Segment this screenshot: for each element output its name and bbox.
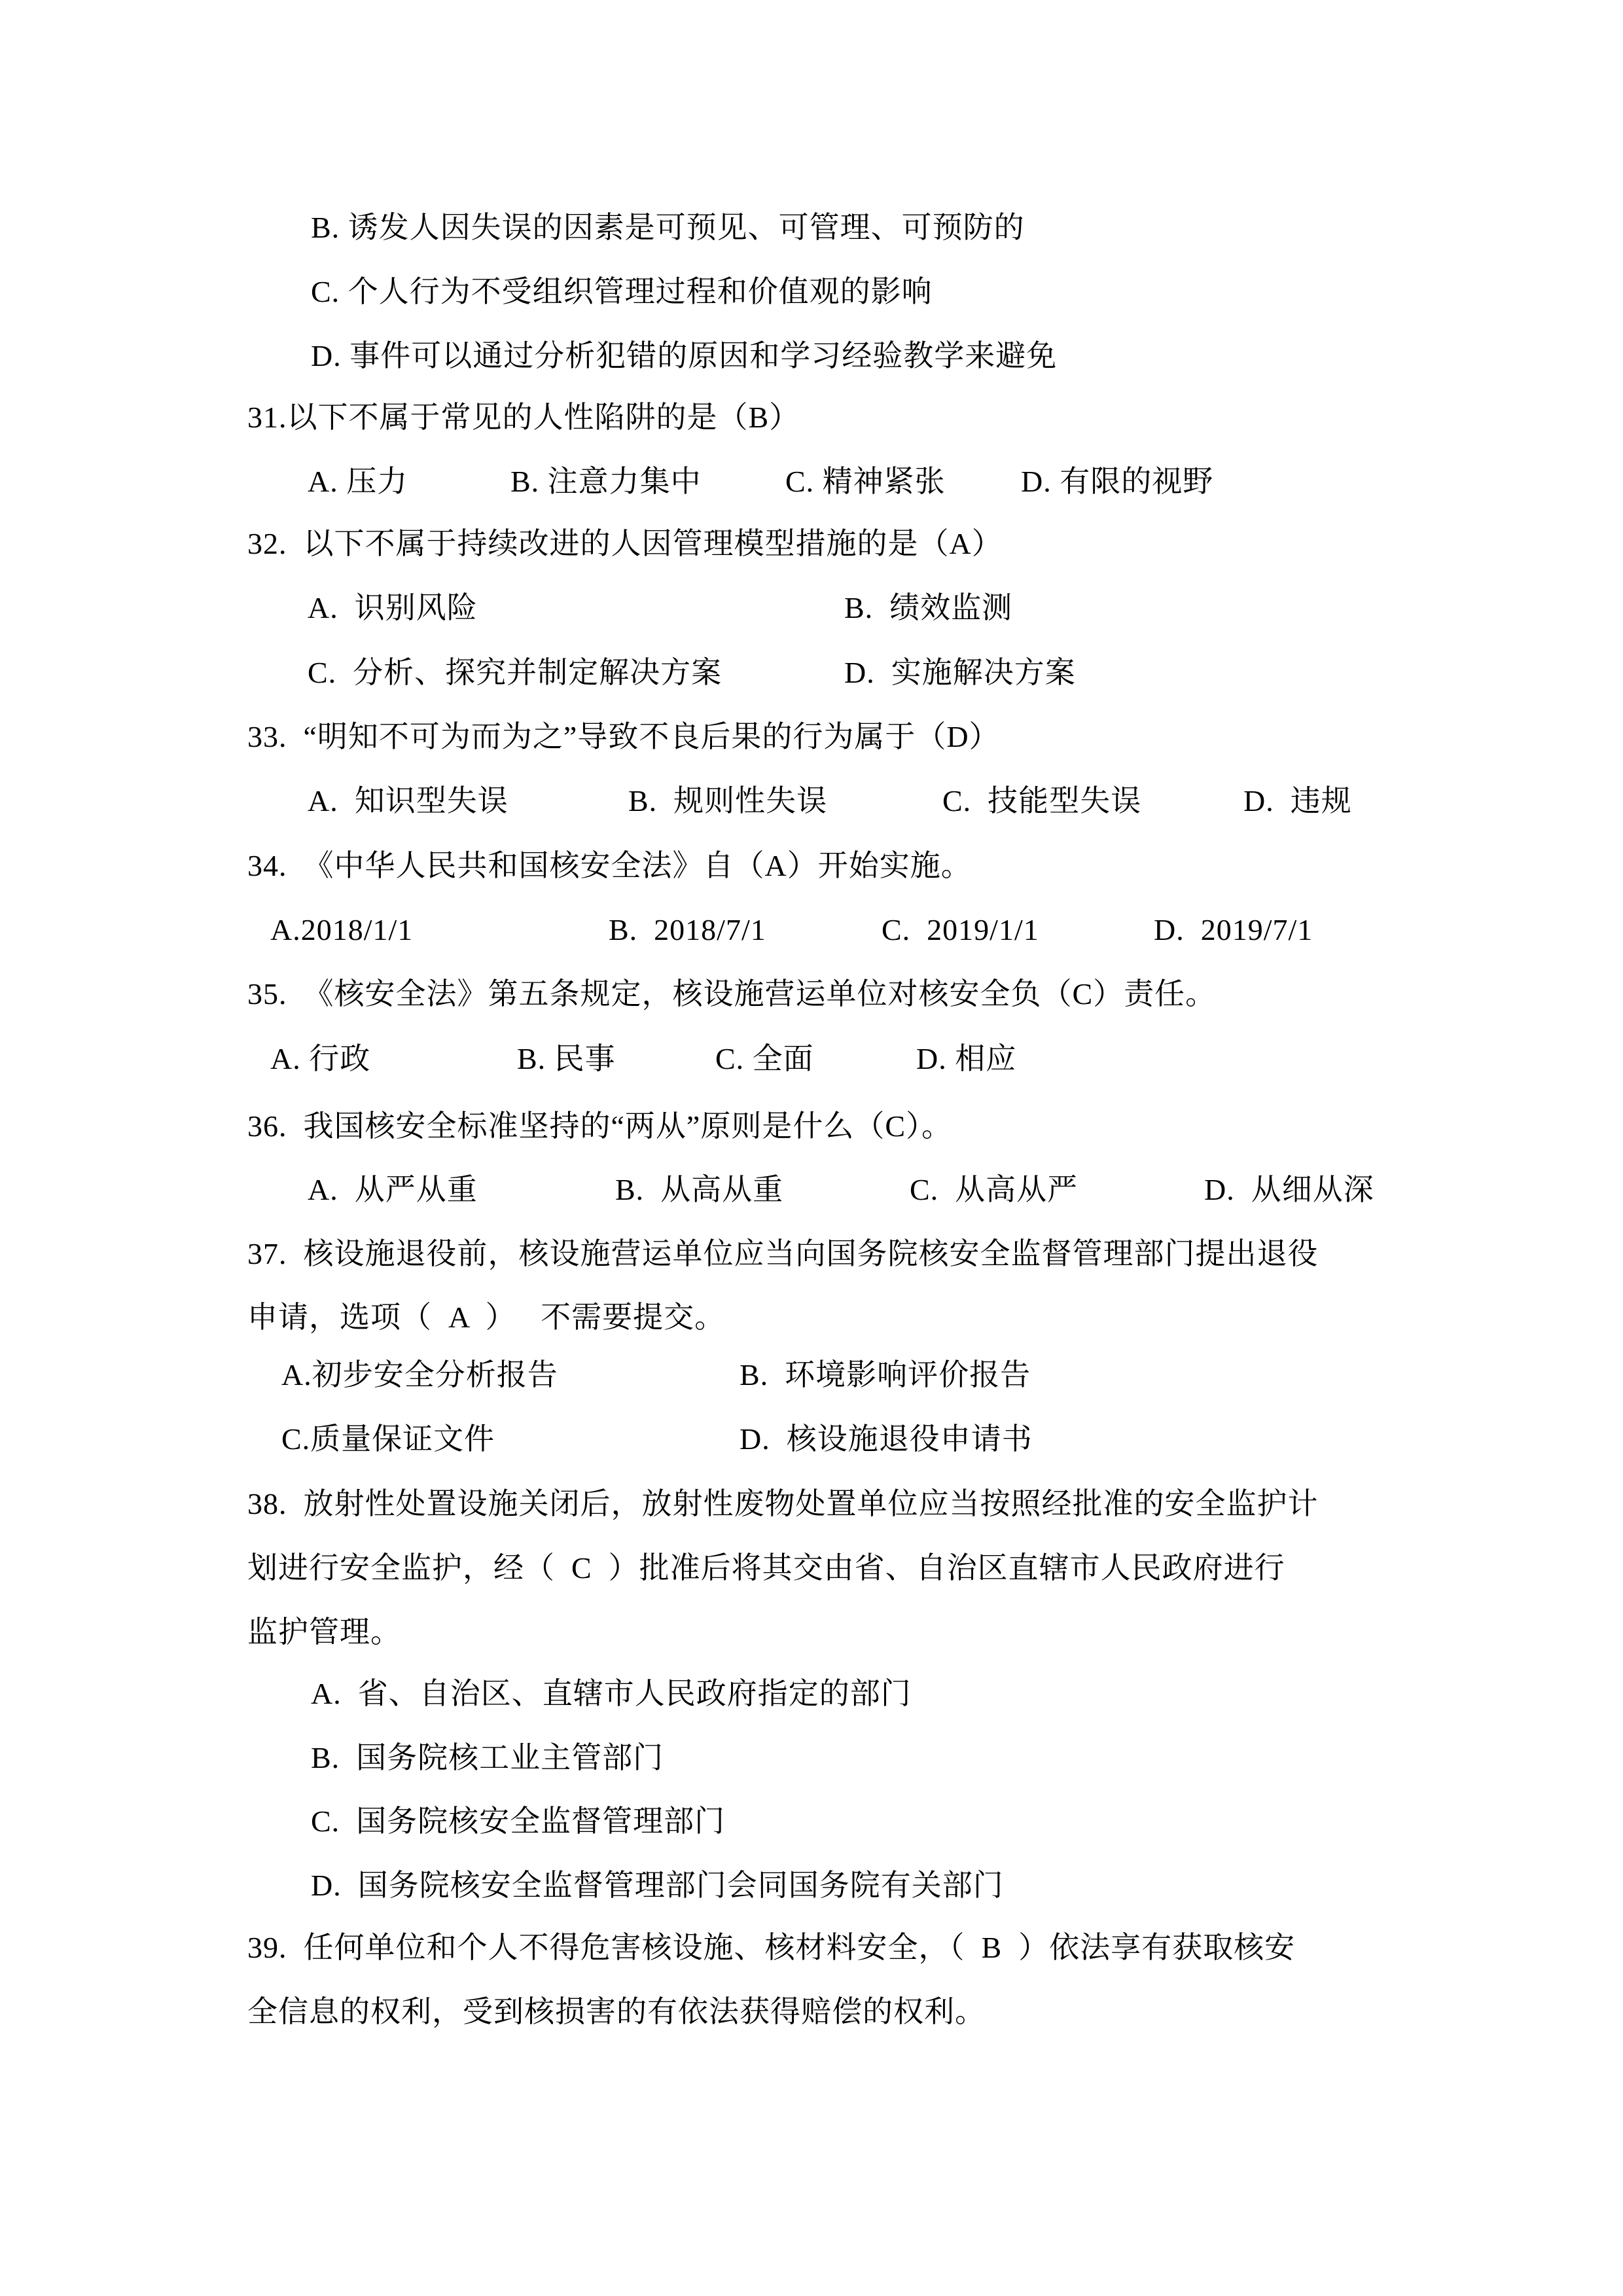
text-line: 申请，选项（ A ） 不需要提交。 (0, 1297, 1623, 1338)
text-line: A. 从严从重 B. 从高从重 C. 从高从严 D. 从细从深 (0, 1170, 1623, 1210)
q35-option-b: B. 民事 (517, 1039, 616, 1079)
q34-option-d: D. 2019/7/1 (1154, 910, 1313, 950)
text-line: 35. 《核安全法》第五条规定，核设施营运单位对核安全负（C）责任。 (0, 974, 1623, 1014)
q35-option-c: C. 全面 (715, 1039, 814, 1079)
q30-option-c: C. 个人行为不受组织管理过程和价值观的影响 (311, 272, 933, 312)
q33-stem: 33. “明知不可为而为之”导致不良后果的行为属于（D） (247, 717, 1000, 757)
text-line: C. 国务院核安全监督管理部门 (0, 1801, 1623, 1842)
document-page: B. 诱发人因失误的因素是可预见、可管理、可预防的 C. 个人行为不受组织管理过… (0, 0, 1623, 2296)
q34-option-a: A.2018/1/1 (270, 910, 413, 950)
q32-option-a: A. 识别风险 (308, 588, 478, 628)
q34-option-b: B. 2018/7/1 (609, 910, 766, 950)
q33-option-c: C. 技能型失误 (942, 781, 1141, 821)
text-line: 划进行安全监护，经（ C ）批准后将其交由省、自治区直辖市人民政府进行 (0, 1548, 1623, 1588)
q31-option-d: D. 有限的视野 (1021, 461, 1213, 502)
text-line: 37. 核设施退役前，核设施营运单位应当向国务院核安全监督管理部门提出退役 (0, 1234, 1623, 1274)
q38-option-a: A. 省、自治区、直辖市人民政府指定的部门 (311, 1674, 912, 1714)
text-line: 32. 以下不属于持续改进的人因管理模型措施的是（A） (0, 524, 1623, 564)
text-line: 34. 《中华人民共和国核安全法》自（A）开始实施。 (0, 846, 1623, 886)
text-line: 36. 我国核安全标准坚持的“两从”原则是什么（C）。 (0, 1106, 1623, 1147)
q38-stem-line-1: 38. 放射性处置设施关闭后，放射性废物处置单位应当按照经批准的安全监护计 (247, 1484, 1319, 1524)
q35-option-a: A. 行政 (270, 1039, 370, 1079)
q38-option-d: D. 国务院核安全监督管理部门会同国务院有关部门 (311, 1865, 1004, 1906)
text-line: A. 识别风险 B. 绩效监测 (0, 588, 1623, 628)
text-line: C. 个人行为不受组织管理过程和价值观的影响 (0, 272, 1623, 312)
q36-option-a: A. 从严从重 (308, 1170, 478, 1210)
q31-option-c: C. 精神紧张 (785, 461, 946, 502)
text-line: A.2018/1/1 B. 2018/7/1 C. 2019/1/1 D. 20… (0, 910, 1623, 950)
q39-stem-line-1: 39. 任何单位和个人不得危害核设施、核材料安全，（ B ）依法享有获取核安 (247, 1928, 1295, 1968)
text-line: 31.以下不属于常见的人性陷阱的是（B） (0, 397, 1623, 438)
text-line: A.初步安全分析报告 B. 环境影响评价报告 (0, 1355, 1623, 1395)
q38-stem-line-3: 监护管理。 (247, 1612, 401, 1653)
q37-option-d: D. 核设施退役申请书 (740, 1419, 1033, 1460)
q39-stem-line-2: 全信息的权利，受到核损害的有依法获得赔偿的权利。 (247, 1992, 986, 2032)
q38-option-b: B. 国务院核工业主管部门 (311, 1738, 664, 1778)
text-line: C. 分析、探究并制定解决方案 D. 实施解决方案 (0, 653, 1623, 693)
text-line: B. 国务院核工业主管部门 (0, 1738, 1623, 1778)
q30-option-d: D. 事件可以通过分析犯错的原因和学习经验教学来避免 (311, 336, 1057, 376)
q30-option-b: B. 诱发人因失误的因素是可预见、可管理、可预防的 (311, 207, 1025, 248)
q37-option-a: A.初步安全分析报告 (281, 1355, 558, 1395)
q32-option-d: D. 实施解决方案 (844, 653, 1076, 693)
text-line: 33. “明知不可为而为之”导致不良后果的行为属于（D） (0, 717, 1623, 757)
q37-option-b: B. 环境影响评价报告 (740, 1355, 1031, 1395)
q31-stem: 31.以下不属于常见的人性陷阱的是（B） (247, 397, 800, 438)
q33-option-a: A. 知识型失误 (308, 781, 508, 821)
text-line: B. 诱发人因失误的因素是可预见、可管理、可预防的 (0, 207, 1623, 248)
q31-option-a: A. 压力 (308, 461, 408, 502)
q36-option-b: B. 从高从重 (615, 1170, 783, 1210)
text-line: 全信息的权利，受到核损害的有依法获得赔偿的权利。 (0, 1992, 1623, 2032)
q36-option-c: C. 从高从严 (910, 1170, 1078, 1210)
q37-stem-line-2: 申请，选项（ A ） 不需要提交。 (247, 1297, 725, 1338)
text-line: A. 省、自治区、直辖市人民政府指定的部门 (0, 1674, 1623, 1714)
text-line: D. 国务院核安全监督管理部门会同国务院有关部门 (0, 1865, 1623, 1906)
text-line: A. 行政 B. 民事 C. 全面 D. 相应 (0, 1039, 1623, 1079)
text-line: 38. 放射性处置设施关闭后，放射性废物处置单位应当按照经批准的安全监护计 (0, 1484, 1623, 1524)
q36-option-d: D. 从细从深 (1204, 1170, 1374, 1210)
q34-option-c: C. 2019/1/1 (882, 910, 1039, 950)
q35-stem: 35. 《核安全法》第五条规定，核设施营运单位对核安全负（C）责任。 (247, 974, 1216, 1014)
q32-option-b: B. 绩效监测 (844, 588, 1012, 628)
text-line: D. 事件可以通过分析犯错的原因和学习经验教学来避免 (0, 336, 1623, 376)
text-line: 39. 任何单位和个人不得危害核设施、核材料安全，（ B ）依法享有获取核安 (0, 1928, 1623, 1968)
q36-stem: 36. 我国核安全标准坚持的“两从”原则是什么（C）。 (247, 1106, 952, 1147)
q38-option-c: C. 国务院核安全监督管理部门 (311, 1801, 725, 1842)
q33-option-b: B. 规则性失误 (628, 781, 827, 821)
q34-stem: 34. 《中华人民共和国核安全法》自（A）开始实施。 (247, 846, 972, 886)
q32-stem: 32. 以下不属于持续改进的人因管理模型措施的是（A） (247, 524, 1003, 564)
q33-option-d: D. 违规 (1243, 781, 1352, 821)
q38-stem-line-2: 划进行安全监护，经（ C ）批准后将其交由省、自治区直辖市人民政府进行 (247, 1548, 1285, 1588)
text-line: A. 知识型失误 B. 规则性失误 C. 技能型失误 D. 违规 (0, 781, 1623, 821)
q37-stem-line-1: 37. 核设施退役前，核设施营运单位应当向国务院核安全监督管理部门提出退役 (247, 1234, 1319, 1274)
text-line: 监护管理。 (0, 1612, 1623, 1653)
q35-option-d: D. 相应 (916, 1039, 1016, 1079)
q37-option-c: C.质量保证文件 (281, 1419, 495, 1460)
text-line: C.质量保证文件 D. 核设施退役申请书 (0, 1419, 1623, 1460)
q32-option-c: C. 分析、探究并制定解决方案 (308, 653, 722, 693)
text-line: A. 压力 B. 注意力集中 C. 精神紧张 D. 有限的视野 (0, 461, 1623, 502)
q31-option-b: B. 注意力集中 (510, 461, 702, 502)
